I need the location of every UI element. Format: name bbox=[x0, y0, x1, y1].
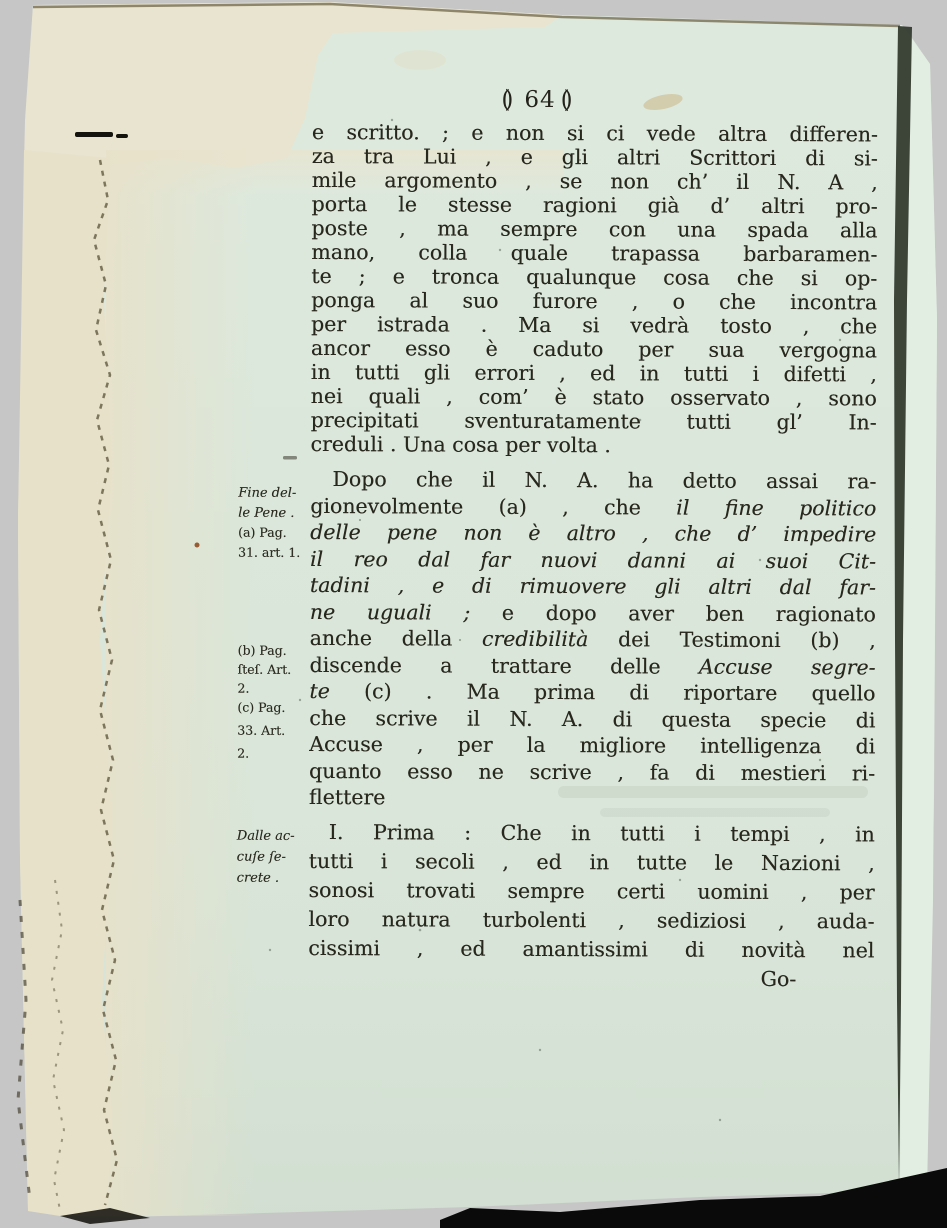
text-line: te ; e tronca qualunque cosa che si op- bbox=[311, 264, 877, 290]
text-line: ancor esso è caduto per sua vergogna bbox=[311, 336, 877, 362]
margin-note-line: le Pene . bbox=[238, 503, 316, 523]
page-number-header: )(64)( bbox=[430, 86, 650, 113]
text-line: in tutti gli errori , ed in tutti i dife… bbox=[311, 360, 877, 386]
text-line: loro natura turbolenti , sediziosi , aud… bbox=[308, 905, 874, 936]
scanned-book-page: )(64)( e scritto. ; e non si ci vede alt… bbox=[0, 0, 947, 1228]
margin-note-line: (c) Pag. bbox=[237, 696, 315, 719]
paragraph: e scritto. ; e non si ci vede altra diff… bbox=[310, 120, 877, 458]
margin-note: Fine del-le Pene .(a) Pag.31. art. 1. bbox=[238, 484, 316, 562]
text-line: porta le stesse ragioni già d’ altri pro… bbox=[311, 192, 877, 218]
text-line: delle pene non è altro , che d’ impedire bbox=[310, 519, 876, 548]
text-line: poste , ma sempre con una spada alla bbox=[311, 216, 877, 242]
text-line: tutti i secoli , ed in tutte le Nazioni … bbox=[309, 847, 875, 878]
margin-note-line: Fine del- bbox=[238, 484, 316, 504]
text-line: Dopo che il N. A. ha detto assai ra- bbox=[310, 466, 876, 495]
text-line: discende a trattare delle Accuse segre- bbox=[309, 651, 875, 680]
margin-note-line: (b) Pag. bbox=[238, 641, 316, 660]
text-line: creduli . Una cosa per volta . bbox=[310, 432, 876, 458]
text-line: te (c) . Ma prima di riportare quello bbox=[309, 678, 875, 707]
margin-note-line: Dalle ac- bbox=[237, 826, 315, 847]
margin-note: (b) Pag.ſteſ. Art.2. bbox=[237, 641, 315, 698]
text-line: tadini , e di rimuovere gli altri dal fa… bbox=[310, 572, 876, 601]
margin-note-line: 2. bbox=[237, 742, 315, 765]
margin-note-line: cuſe ſe- bbox=[237, 847, 315, 868]
page-number: 64 bbox=[516, 87, 563, 113]
text-line: quanto esso ne scrive , fa di mestieri r… bbox=[309, 757, 875, 786]
text-line: ne uguali ; e dopo aver ben ragionato bbox=[310, 598, 876, 627]
text-line: precipitati sventuratamente tutti gl’ In… bbox=[311, 408, 877, 434]
text-line: sonosi trovati sempre certi uomini , per bbox=[308, 876, 874, 907]
margin-note: Dalle ac-cuſe ſe-crete . bbox=[237, 826, 315, 889]
catchword: Go- bbox=[308, 963, 874, 994]
text-line: I. Prima : Che in tutti i tempi , in bbox=[309, 818, 875, 849]
margin-note-line: 31. art. 1. bbox=[238, 542, 316, 562]
paragraph: Dopo che il N. A. ha detto assai ra-gion… bbox=[309, 466, 876, 813]
text-line: flettere bbox=[309, 784, 875, 813]
text-line: ponga al suo furore , o che incontra bbox=[311, 288, 877, 314]
page-ornament-right: )( bbox=[564, 86, 576, 113]
text-line: cissimi , ed amantissimi di novità nel bbox=[308, 934, 874, 965]
text-line: il reo dal far nuovi danni ai suoi Cit- bbox=[310, 545, 876, 574]
paragraph: I. Prima : Che in tutti i tempi , intutt… bbox=[308, 818, 875, 994]
text-line: e scritto. ; e non si ci vede altra diff… bbox=[312, 120, 878, 146]
margin-note-line: crete . bbox=[237, 868, 315, 889]
margin-note-line: ſteſ. Art. bbox=[237, 660, 315, 679]
text-line: mano, colla quale trapassa barbaramen- bbox=[311, 240, 877, 266]
margin-note: (c) Pag.33. Art.2. bbox=[237, 696, 315, 765]
margin-note-line: 33. Art. bbox=[237, 719, 315, 742]
printed-text-layer: )(64)( e scritto. ; e non si ci vede alt… bbox=[0, 0, 947, 1228]
text-line: za tra Lui , e gli altri Scrittori di si… bbox=[312, 144, 878, 170]
page-ornament-left: )( bbox=[504, 86, 516, 113]
text-line: gionevolmente (a) , che il fine politico bbox=[310, 492, 876, 521]
text-line: nei quali , com’ è stato osservato , son… bbox=[311, 384, 877, 410]
text-line: per istrada . Ma si vedrà tosto , che bbox=[311, 312, 877, 338]
text-line: mile argomento , se non ch’ il N. A , bbox=[312, 168, 878, 194]
text-line: che scrive il N. A. di questa specie di bbox=[309, 704, 875, 733]
text-line: anche della credibilità dei Testimoni (b… bbox=[310, 625, 876, 654]
text-line: Accuse , per la migliore intelligenza di bbox=[309, 731, 875, 760]
margin-note-line: (a) Pag. bbox=[238, 523, 316, 543]
